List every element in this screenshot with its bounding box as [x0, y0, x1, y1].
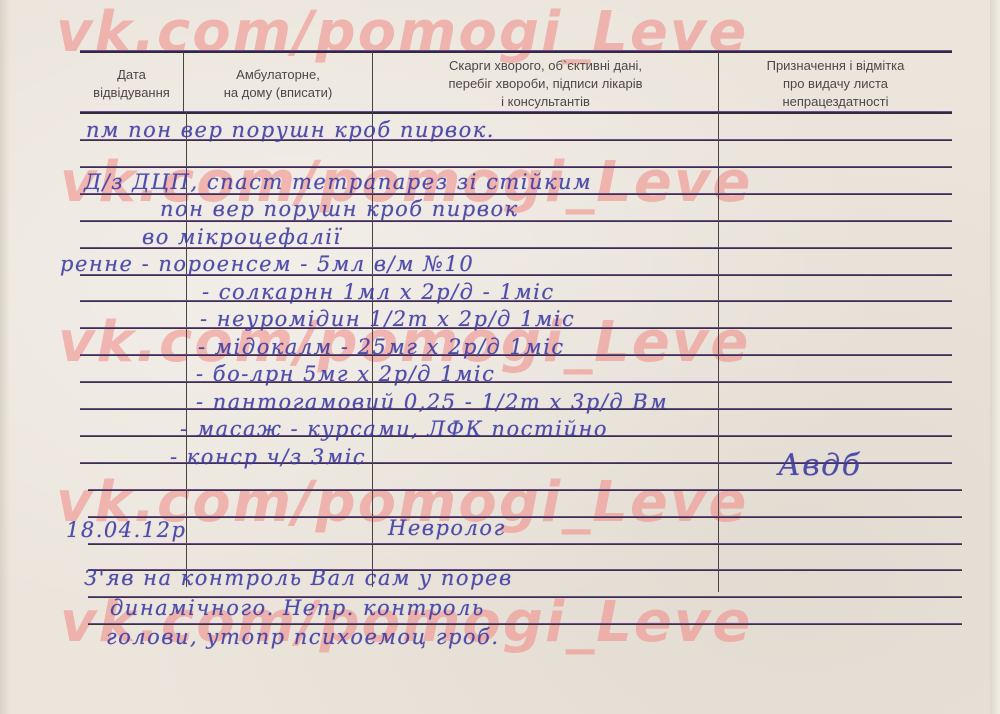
- handwritten-line: Д/з ДЦП, спаст тетрапарез зі стійким: [84, 170, 592, 194]
- handwritten-line: голови, утопр психоемоц гроб.: [106, 625, 500, 649]
- handwritten-line: Невролог: [388, 516, 506, 540]
- handwritten-line: - мідокалм - 25мг х 2р/д 1міс: [198, 335, 565, 359]
- page-edge-left: [0, 0, 10, 714]
- ruled-line: [88, 543, 962, 545]
- handwritten-line: - солкарнн 1мл х 2р/д - 1міс: [202, 280, 555, 304]
- ruled-line: [88, 489, 962, 491]
- ruled-line: [88, 516, 962, 518]
- page-fold-right: [990, 0, 1000, 714]
- handwritten-line: пм пон вер порушн кроб пирвок.: [86, 118, 495, 142]
- table-top-border: [80, 50, 952, 53]
- header-outpatient-home: Амбулаторне, на дому (вписати): [184, 56, 372, 112]
- handwritten-line: - пантогамовий 0,25 - 1/2т х 3р/д Вм: [196, 390, 668, 414]
- handwritten-line: - конср ч/з 3міс: [170, 445, 366, 469]
- header-visit-date: Дата відвідування: [80, 56, 183, 112]
- handwritten-line: - бо-лрн 5мг х 2р/д 1міс: [196, 362, 495, 386]
- ruled-line: [80, 166, 952, 168]
- handwritten-line: - масаж - курсами, ЛФК постійно: [180, 417, 608, 441]
- header-prescription: Призначення і відмітка про видачу листа …: [719, 56, 952, 112]
- handwritten-line: - неуромідин 1/2т х 2р/д 1міс: [200, 307, 575, 331]
- doctor-signature: Авдб: [778, 448, 862, 483]
- handwritten-line: динамічного. Непр. контроль: [110, 596, 485, 620]
- header-complaints: Скарги хворого, об`єктивні дані, перебіг…: [373, 56, 718, 112]
- handwritten-line: З'яв на контроль Вал сам у порев: [84, 566, 513, 590]
- handwritten-line: ренне - пороенсем - 5мл в/м №10: [60, 252, 474, 276]
- handwritten-line: пон вер порушн кроб пирвок: [160, 197, 519, 221]
- handwritten-line: во мікроцефалії: [142, 225, 342, 249]
- handwritten-date: 18.04.12р: [66, 518, 186, 542]
- column-divider-4: [718, 52, 719, 592]
